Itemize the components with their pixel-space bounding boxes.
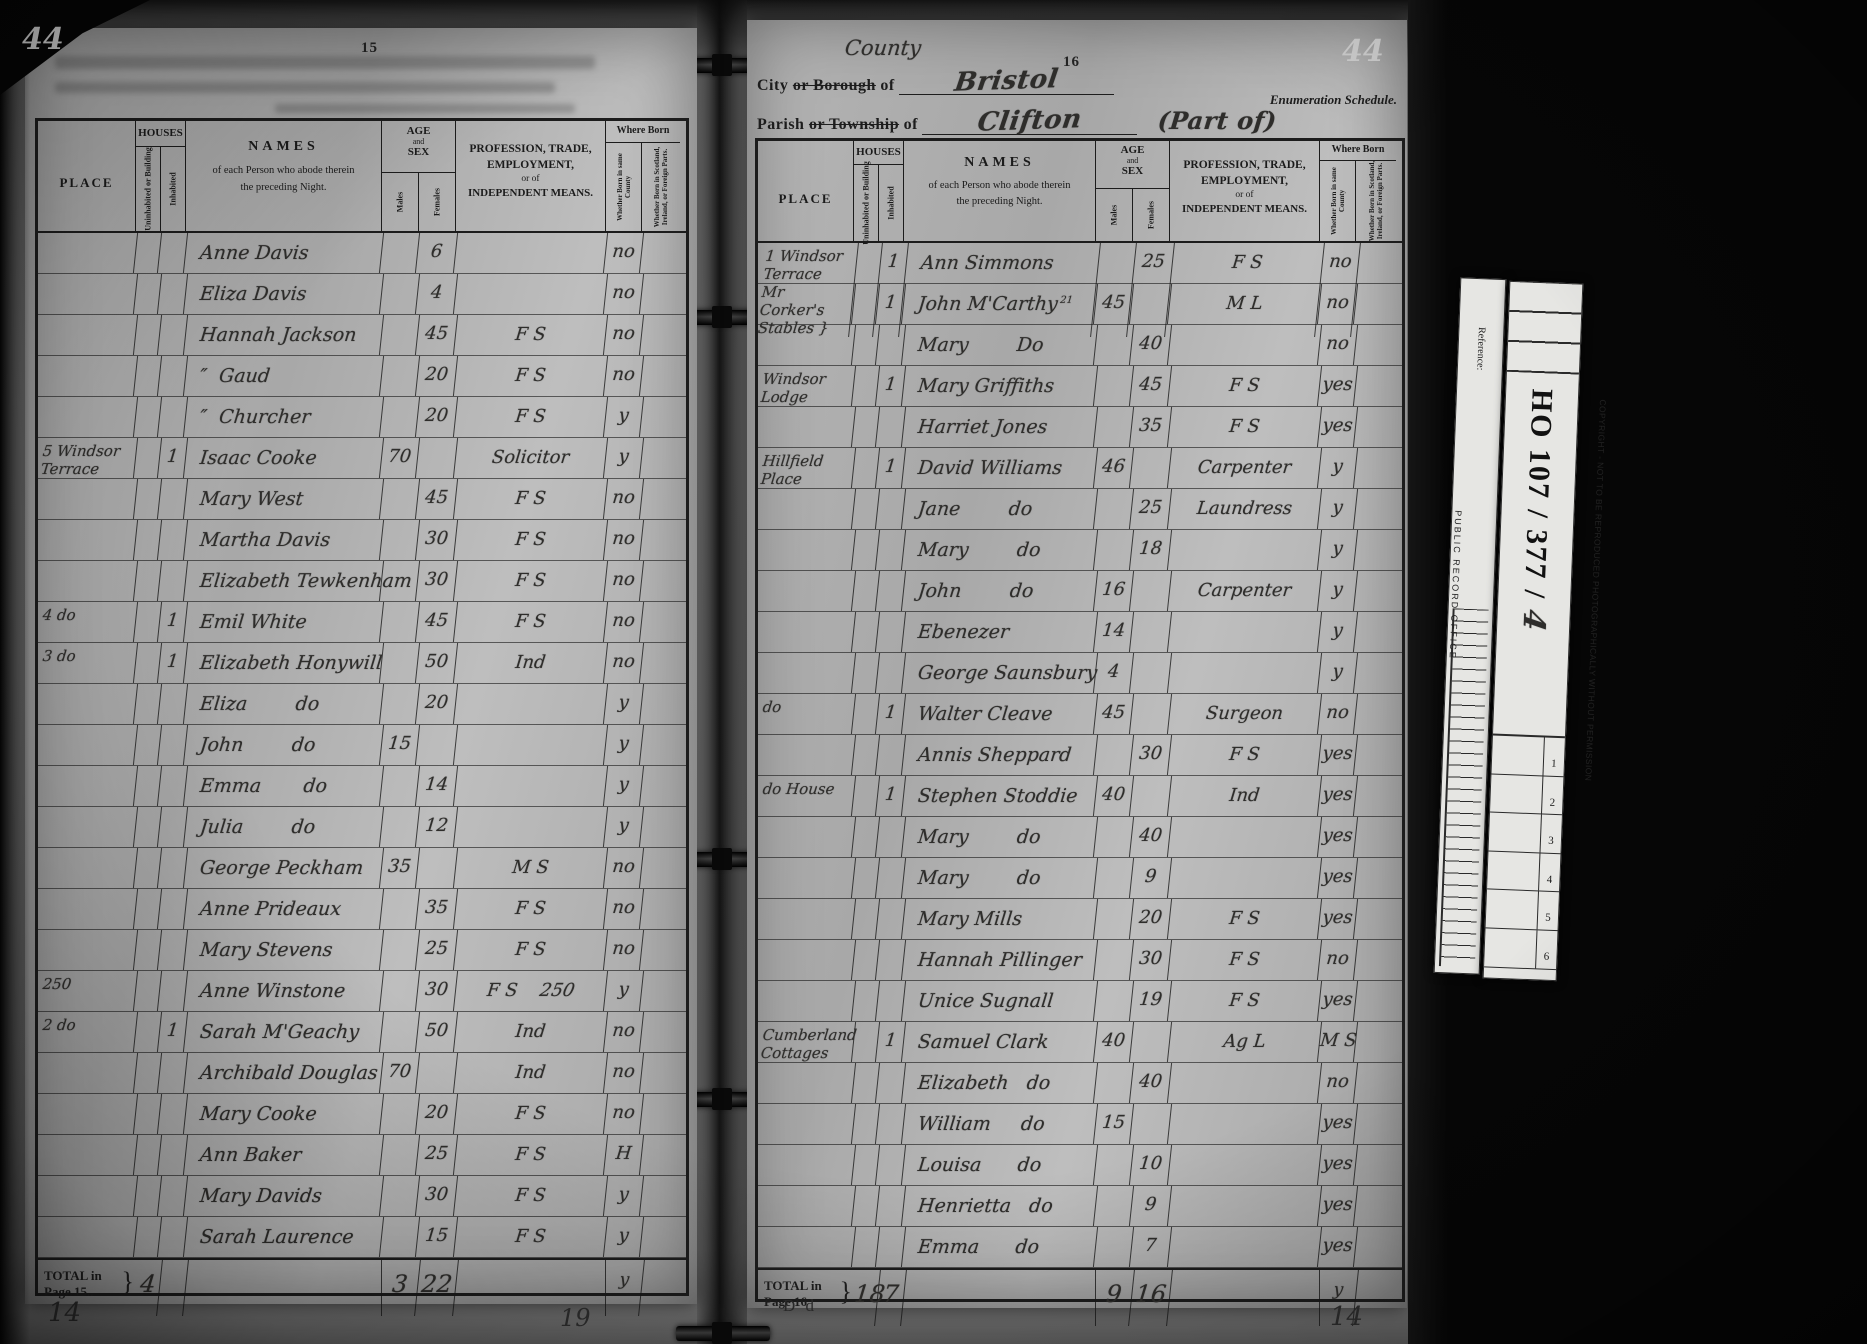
place-cell: [36, 1053, 138, 1093]
born-elsewhere-cell: [1354, 325, 1398, 365]
place-cell: 2 do: [36, 1012, 138, 1052]
table-row: Henrietta do9yes: [758, 1186, 1402, 1227]
header-males: Males: [1096, 189, 1133, 241]
total-brace: }: [840, 1276, 852, 1309]
header-names: NAMES of each Person who abode therein t…: [186, 121, 382, 231]
born-elsewhere-cell: [1354, 1063, 1398, 1103]
female-age-cell: [416, 1053, 458, 1093]
male-age-cell: [380, 889, 420, 929]
born-elsewhere-cell: [640, 930, 682, 970]
born-county-cell: yes: [1318, 899, 1358, 939]
male-age-cell: 70: [380, 1053, 420, 1093]
place-cell: [36, 848, 138, 888]
place-cell: [756, 858, 856, 898]
female-age-cell: [1130, 612, 1172, 652]
male-age-cell: [1094, 1145, 1134, 1185]
name-cell: Elizabeth Honywill: [184, 643, 384, 683]
name-cell: Hannah Jackson: [184, 315, 384, 355]
profession-cell: F S: [1168, 899, 1322, 939]
name-cell: Anne Davis: [184, 233, 384, 273]
header-where-born: Where Born Whether Born in same County W…: [606, 121, 680, 231]
pencil-annotation: 21: [1060, 295, 1074, 306]
table-rows-left: Anne Davis6noEliza Davis4noHannah Jackso…: [38, 233, 686, 1258]
place-cell: do House: [756, 776, 856, 816]
male-age-cell: [380, 930, 420, 970]
born-elsewhere-cell: [640, 971, 682, 1011]
table-row: Anne Davis6no: [38, 233, 686, 274]
born-elsewhere-cell: [1354, 489, 1398, 529]
name-cell: Samuel Clark: [902, 1022, 1098, 1062]
header-born-county: Whether Born in same County: [1320, 161, 1356, 241]
header-profession: PROFESSION, TRADE, EMPLOYMENT, or of IND…: [456, 121, 606, 231]
place-cell: [36, 315, 138, 355]
table-row: 4 do1Emil White45F Sno: [38, 602, 686, 643]
place-cell: [36, 233, 138, 273]
born-elsewhere-cell: [1354, 858, 1398, 898]
profession-cell: [454, 274, 608, 314]
female-age-cell: 18: [1130, 530, 1172, 570]
female-age-cell: 30: [1130, 940, 1172, 980]
name-cell: Mary Davids: [184, 1176, 384, 1216]
profession-cell: [1168, 1145, 1322, 1185]
page-number-left: 15: [361, 40, 378, 57]
female-age-cell: 30: [1130, 735, 1172, 775]
born-county-cell: H: [604, 1135, 644, 1175]
born-county-cell: no: [1318, 325, 1358, 365]
table-row: 5 Windsor Terrace1Isaac Cooke70Solicitor…: [38, 438, 686, 479]
female-age-cell: 30: [416, 561, 458, 601]
table-row: Martha Davis30F Sno: [38, 520, 686, 561]
born-county-cell: no: [604, 520, 644, 560]
table-header: PLACE HOUSES Uninhabited or Building Inh…: [758, 141, 1402, 243]
male-age-cell: [1094, 530, 1134, 570]
place-cell: do: [756, 694, 856, 734]
place-cell: [756, 325, 856, 365]
place-cell: [756, 653, 856, 693]
name-cell: Jane do: [902, 489, 1098, 529]
name-cell: Mary Cooke: [184, 1094, 384, 1134]
male-age-cell: [1094, 899, 1134, 939]
born-elsewhere-cell: [640, 602, 682, 642]
born-elsewhere-cell: [640, 1053, 682, 1093]
born-county-cell: y: [604, 1176, 644, 1216]
name-cell: ″ Gaud: [184, 356, 384, 396]
born-county-cell: yes: [1318, 735, 1358, 775]
place-cell: [756, 1104, 856, 1144]
born-elsewhere-cell: [1354, 284, 1398, 324]
table-row: Mary Cooke20F Sno: [38, 1094, 686, 1135]
profession-cell: F S: [454, 356, 608, 396]
table-row: Hillfield Place1David Williams46Carpente…: [758, 448, 1402, 489]
reference-code: HO 107 / 377 / 4: [1515, 388, 1559, 633]
place-cell: 4 do: [36, 602, 138, 642]
female-age-cell: [1130, 1104, 1172, 1144]
table-row: Sarah Laurence15F Sy: [38, 1217, 686, 1258]
profession-cell: F S: [454, 889, 608, 929]
profession-cell: Ind: [1168, 776, 1322, 816]
female-age-cell: 20: [416, 684, 458, 724]
female-age-cell: [1130, 448, 1172, 488]
female-age-cell: 25: [416, 1135, 458, 1175]
name-cell: Henrietta do: [902, 1186, 1098, 1226]
female-age-cell: 20: [416, 356, 458, 396]
born-county-cell: y: [604, 971, 644, 1011]
place-cell: 3 do: [36, 643, 138, 683]
name-cell: Louisa do: [902, 1145, 1098, 1185]
born-county-cell: y: [1318, 653, 1358, 693]
born-elsewhere-cell: [1354, 1145, 1398, 1185]
header-houses: HOUSES Uninhabited or Building Inhabited: [136, 121, 186, 231]
name-cell: Annis Sheppard: [902, 735, 1098, 775]
born-elsewhere-cell: [640, 1176, 682, 1216]
table-row: Harriet Jones35F Syes: [758, 407, 1402, 448]
name-cell: George Saunsbury: [902, 653, 1098, 693]
born-county-cell: no: [604, 233, 644, 273]
born-county-cell: no: [604, 274, 644, 314]
header-age-sex: AGE and SEX Males Females: [382, 121, 456, 231]
scale-ruler: [1439, 608, 1489, 967]
male-age-cell: [1094, 489, 1134, 529]
male-age-cell: [380, 602, 420, 642]
female-age-cell: 35: [1130, 407, 1172, 447]
name-cell: Sarah M'Geachy: [184, 1012, 384, 1052]
name-cell: Hannah Pillinger: [902, 940, 1098, 980]
born-elsewhere-cell: [1354, 530, 1398, 570]
female-age-cell: 40: [1130, 817, 1172, 857]
born-county-cell: no: [604, 479, 644, 519]
born-elsewhere-cell: [1354, 817, 1398, 857]
table-row: Unice Sugnall19F Syes: [758, 981, 1402, 1022]
female-age-cell: 15: [416, 1217, 458, 1257]
profession-cell: F S: [1168, 981, 1322, 1021]
profession-cell: F S: [454, 1135, 608, 1175]
male-age-cell: [1094, 981, 1134, 1021]
header-uninhabited: Uninhabited or Building: [136, 147, 161, 231]
table-row: ″ Gaud20F Sno: [38, 356, 686, 397]
male-age-cell: [1094, 817, 1134, 857]
male-age-cell: [1094, 940, 1134, 980]
male-age-cell: [380, 1176, 420, 1216]
male-age-cell: 45: [1094, 284, 1134, 324]
born-elsewhere-cell: [1354, 448, 1398, 488]
born-elsewhere-cell: [1354, 899, 1398, 939]
scale-number: 5: [1538, 892, 1559, 930]
male-age-cell: 70: [380, 438, 420, 478]
table-row: Mary do40yes: [758, 817, 1402, 858]
female-age-cell: [416, 725, 458, 765]
born-county-cell: yes: [1318, 366, 1358, 406]
name-cell: David Williams: [902, 448, 1098, 488]
born-county-cell: y: [1318, 571, 1358, 611]
born-county-cell: no: [604, 561, 644, 601]
profession-cell: F S: [454, 479, 608, 519]
female-age-cell: 25: [1130, 489, 1172, 529]
place-cell: [36, 397, 138, 437]
table-row: 3 do1Elizabeth Honywill50Indno: [38, 643, 686, 684]
male-age-cell: 16: [1094, 571, 1134, 611]
scale-row: 2: [1490, 774, 1563, 815]
table-header: PLACE HOUSES Uninhabited or Building Inh…: [38, 121, 686, 233]
female-age-cell: 9: [1130, 1186, 1172, 1226]
binding-staple: [676, 1326, 770, 1341]
born-county-cell: yes: [1318, 1104, 1358, 1144]
born-county-cell: y: [1318, 489, 1358, 529]
born-elsewhere-cell: [640, 1135, 682, 1175]
male-age-cell: [1094, 325, 1134, 365]
table-row: Mary Stevens25F Sno: [38, 930, 686, 971]
born-elsewhere-cell: [640, 807, 682, 847]
name-cell: Harriet Jones: [902, 407, 1098, 447]
place-cell: [756, 1186, 856, 1226]
born-county-cell: no: [604, 1094, 644, 1134]
name-cell: Mary Do: [902, 325, 1098, 365]
profession-cell: Laundress: [1168, 489, 1322, 529]
male-age-cell: [380, 397, 420, 437]
table-row: George Saunsbury4y: [758, 653, 1402, 694]
scale-number: 3: [1541, 815, 1562, 853]
name-cell: Julia do: [184, 807, 384, 847]
place-cell: [756, 899, 856, 939]
place-cell: [756, 1145, 856, 1185]
handwritten-mark-bottom-left: 14: [48, 1298, 81, 1328]
place-cell: Hillfield Place: [756, 448, 856, 488]
profession-cell: F S: [454, 930, 608, 970]
profession-cell: F S: [454, 520, 608, 560]
table-row: George Peckham35M Sno: [38, 848, 686, 889]
header-names: NAMES of each Person who abode therein t…: [904, 141, 1096, 241]
female-age-cell: 45: [416, 602, 458, 642]
profession-cell: F S: [454, 1217, 608, 1257]
scale-number: 2: [1542, 776, 1563, 814]
table-row: Cumberland Cottages1Samuel Clark40Ag LM …: [758, 1022, 1402, 1063]
header-where-born: Where Born Whether Born in same County W…: [1320, 141, 1396, 241]
label-grid-top: [1507, 282, 1582, 375]
female-age-cell: 25: [416, 930, 458, 970]
census-table-right: PLACE HOUSES Uninhabited or Building Inh…: [755, 138, 1405, 1302]
place-cell: [36, 479, 138, 519]
header-place: PLACE: [38, 121, 136, 231]
born-county-cell: no: [1318, 694, 1358, 734]
table-row: Emma do7yes: [758, 1227, 1402, 1268]
born-county-cell: yes: [1318, 981, 1358, 1021]
name-cell: Archibald Douglas: [184, 1053, 384, 1093]
born-county-cell: y: [604, 725, 644, 765]
place-cell: [756, 940, 856, 980]
header-inhabited: Inhabited: [879, 165, 904, 241]
name-cell: Emil White: [184, 602, 384, 642]
profession-cell: F S: [454, 1176, 608, 1216]
place-cell: Cumberland Cottages: [756, 1022, 856, 1062]
place-cell: [756, 981, 856, 1021]
table-row: do House1Stephen Stoddie40Indyes: [758, 776, 1402, 817]
profession-cell: Ind: [454, 1012, 608, 1052]
born-elsewhere-cell: [640, 520, 682, 560]
born-county-cell: no: [604, 1012, 644, 1052]
male-age-cell: [380, 1217, 420, 1257]
name-cell: John M'Carthy21: [902, 284, 1098, 324]
header-females: Females: [419, 173, 456, 231]
profession-cell: M L: [1168, 284, 1322, 324]
table-row: Mary do9yes: [758, 858, 1402, 899]
born-elsewhere-cell: [640, 725, 682, 765]
born-elsewhere-cell: [640, 766, 682, 806]
scale-number: 6: [1536, 930, 1557, 968]
born-elsewhere-cell: [640, 684, 682, 724]
born-elsewhere-cell: [1354, 1104, 1398, 1144]
profession-cell: [1168, 858, 1322, 898]
born-elsewhere-cell: [640, 479, 682, 519]
born-county-cell: no: [1318, 940, 1358, 980]
male-age-cell: 4: [1094, 653, 1134, 693]
place-cell: [756, 571, 856, 611]
parish-township-line: Parish or Township of Clifton (Part of): [757, 106, 1277, 135]
male-age-cell: [380, 479, 420, 519]
born-county-cell: no: [604, 356, 644, 396]
profession-cell: F S: [1168, 407, 1322, 447]
name-cell: Stephen Stoddie: [902, 776, 1098, 816]
scale-number: 1: [1543, 738, 1564, 776]
reference-piece-number: 4: [1516, 607, 1552, 635]
profession-cell: [1168, 817, 1322, 857]
born-elsewhere-cell: [1354, 694, 1398, 734]
place-cell: [756, 817, 856, 857]
profession-cell: Carpenter: [1168, 571, 1322, 611]
born-county-cell: y: [1318, 530, 1358, 570]
scale-grid: 123456: [1484, 734, 1565, 977]
male-age-cell: [1094, 1186, 1134, 1226]
place-cell: 5 Windsor Terrace: [36, 438, 138, 478]
census-page-16: 16 County City or Borough of Bristol Par…: [747, 20, 1407, 1308]
place-cell: 250: [36, 971, 138, 1011]
printer-signature: D d: [783, 1296, 817, 1316]
handwritten-mark-top-right: 44: [1342, 34, 1384, 69]
female-age-cell: [416, 438, 458, 478]
census-table-left: PLACE HOUSES Uninhabited or Building Inh…: [35, 118, 689, 1296]
female-age-cell: 12: [416, 807, 458, 847]
born-county-cell: yes: [1318, 817, 1358, 857]
place-cell: [36, 807, 138, 847]
name-cell: Mary West: [184, 479, 384, 519]
table-row: Jane do25Laundressy: [758, 489, 1402, 530]
born-elsewhere-cell: [640, 1094, 682, 1134]
table-row: Hannah Jackson45F Sno: [38, 315, 686, 356]
female-age-cell: [1130, 694, 1172, 734]
place-cell: [36, 930, 138, 970]
reference-caption: Reference:: [1474, 327, 1487, 371]
male-age-cell: [380, 520, 420, 560]
female-age-cell: 4: [416, 274, 458, 314]
scale-row: 6: [1484, 928, 1557, 969]
male-age-cell: [380, 1094, 420, 1134]
place-cell: [756, 1063, 856, 1103]
profession-note: 250: [537, 980, 576, 1001]
born-county-cell: yes: [1318, 1227, 1358, 1267]
header-houses: HOUSES Uninhabited or Building Inhabited: [854, 141, 904, 241]
table-row: Annis Sheppard30F Syes: [758, 735, 1402, 776]
table-row: 2 do1Sarah M'Geachy50Indno: [38, 1012, 686, 1053]
born-elsewhere-cell: [1354, 940, 1398, 980]
enumeration-schedule-label: Enumeration Schedule.: [1270, 92, 1397, 108]
table-row: 1 Windsor Terrace Mr Corker's Stables }1…: [758, 243, 1402, 284]
table-row: Louisa do10yes: [758, 1145, 1402, 1186]
place-cell: [756, 612, 856, 652]
female-age-cell: [416, 848, 458, 888]
table-row: Mary West45F Sno: [38, 479, 686, 520]
profession-cell: F S: [454, 397, 608, 437]
place-cell: Windsor Lodge: [756, 366, 856, 406]
born-elsewhere-cell: [1354, 981, 1398, 1021]
name-cell: Elizabeth do: [902, 1063, 1098, 1103]
female-age-cell: 35: [416, 889, 458, 929]
born-elsewhere-cell: [1354, 1186, 1398, 1226]
profession-cell: M S: [454, 848, 608, 888]
header-age-sex: AGE and SEX Males Females: [1096, 141, 1170, 241]
profession-cell: [454, 766, 608, 806]
header-born-county: Whether Born in same County: [606, 143, 642, 231]
binding-gutter: [697, 0, 747, 1344]
header-uninhabited: Uninhabited or Building: [854, 165, 879, 241]
table-row: Mary Davids30F Sy: [38, 1176, 686, 1217]
born-county-cell: yes: [1318, 858, 1358, 898]
born-county-cell: y: [1318, 448, 1358, 488]
male-age-cell: 15: [1094, 1104, 1134, 1144]
male-age-cell: 46: [1094, 448, 1134, 488]
faded-header-smudge: [55, 82, 555, 93]
profession-cell: [1168, 1104, 1322, 1144]
film-edge-left: [0, 0, 30, 1344]
total-males: 3: [379, 1260, 421, 1316]
place-cell: [36, 684, 138, 724]
born-county-cell: no: [604, 643, 644, 683]
profession-cell: [454, 684, 608, 724]
place-cell: [756, 530, 856, 570]
male-age-cell: 40: [1094, 1022, 1134, 1062]
born-elsewhere-cell: [1354, 1227, 1398, 1267]
born-county-cell: y: [604, 766, 644, 806]
profession-cell: F S: [454, 315, 608, 355]
born-county-cell: no: [1318, 1063, 1358, 1103]
header-place: PLACE: [758, 141, 854, 241]
place-cell: [36, 520, 138, 560]
female-age-cell: 14: [416, 766, 458, 806]
place-cell: [756, 407, 856, 447]
female-age-cell: 10: [1130, 1145, 1172, 1185]
female-age-cell: 45: [416, 315, 458, 355]
total-row-right: TOTAL in Page 16 } 18 7 9 16 y: [758, 1268, 1402, 1326]
female-age-cell: [1130, 1022, 1172, 1062]
born-elsewhere-cell: [640, 889, 682, 929]
born-county-cell: M S: [1318, 1022, 1358, 1062]
name-cell: Emma do: [184, 766, 384, 806]
total-inhabited: [157, 1260, 189, 1316]
born-elsewhere-cell: [640, 848, 682, 888]
place-cell: [36, 561, 138, 601]
table-row: Hannah Pillinger30F Sno: [758, 940, 1402, 981]
born-elsewhere-cell: [1354, 1022, 1398, 1062]
total-inhabited: 7: [875, 1270, 907, 1326]
born-elsewhere-cell: [1354, 571, 1398, 611]
table-row: ″ Churcher20F Sy: [38, 397, 686, 438]
male-age-cell: [1094, 366, 1134, 406]
profession-cell: F S: [454, 602, 608, 642]
profession-cell: F S: [1168, 940, 1322, 980]
header-profession: PROFESSION, TRADE, EMPLOYMENT, or of IND…: [1170, 141, 1320, 241]
profession-cell: Solicitor: [454, 438, 608, 478]
profession-cell: [454, 807, 608, 847]
born-county-cell: y: [1318, 612, 1358, 652]
born-county-cell: yes: [1318, 407, 1358, 447]
male-age-cell: [1094, 1063, 1134, 1103]
